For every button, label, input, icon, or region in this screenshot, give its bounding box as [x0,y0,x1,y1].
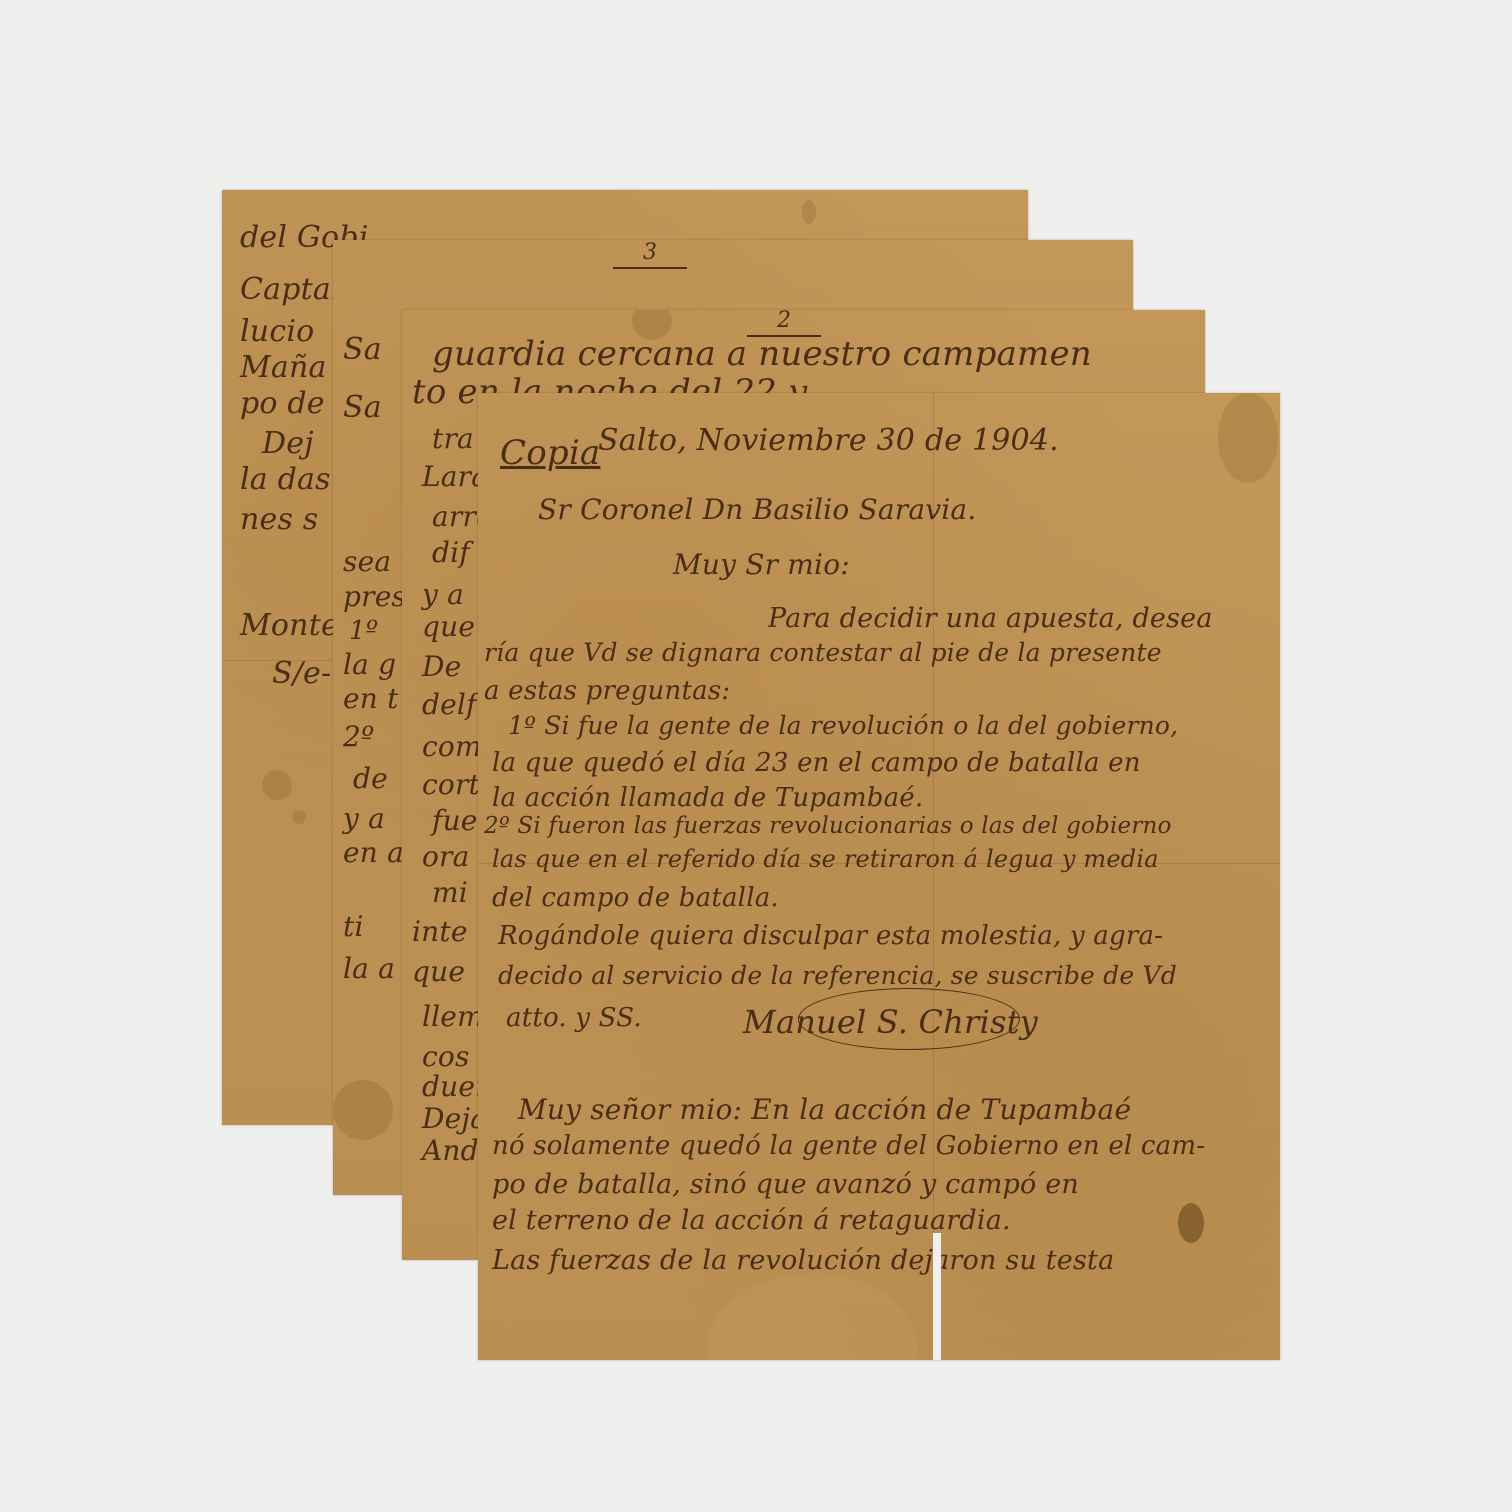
body-line: 1º Si fue la gente de la revolución o la… [508,711,1178,740]
handwritten-line: nes s [240,502,318,537]
reply-line: po de batalla, sinó que avanzó y campó e… [492,1169,1079,1200]
dateline: Salto, Noviembre 30 de 1904. [598,423,1059,458]
copy-label: Copia [500,433,600,473]
handwritten-line: que [422,610,475,643]
handwritten-line: la a [343,952,395,985]
body-line: Para decidir una apuesta, desea [768,603,1213,634]
body-line: la acción llamada de Tupambaé. [492,783,923,813]
handwritten-line: po de [240,386,325,421]
handwritten-line: Dej [262,426,314,461]
signature-flourish [798,988,1020,1050]
handwritten-line: y a [343,802,385,835]
stain [333,1080,393,1140]
reply-line: nó solamente quedó la gente del Gobierno… [492,1131,1205,1161]
page-number: 2 [747,310,821,337]
reply-line: Las fuerzas de la revolución dejaron su … [492,1245,1114,1276]
body-line: la que quedó el día 23 en el campo de ba… [492,748,1141,778]
body-line: ría que Vd se dignara contestar al pie d… [484,638,1162,667]
handwritten-line: Sa [343,332,382,367]
salutation: Muy Sr mio: [673,548,850,581]
stain [802,200,816,224]
handwritten-line: 1º [349,616,378,646]
stain [292,810,306,824]
handwritten-line: cos [422,1040,470,1073]
handwritten-line: dif [432,536,470,569]
handwritten-line: Sa [343,390,382,425]
handwritten-line: llem [422,1000,484,1033]
addressee: Sr Coronel Dn Basilio Saravia. [538,493,976,526]
closing: atto. y SS. [506,1003,642,1033]
body-line: del campo de batalla. [492,883,779,913]
handwritten-line: com [422,730,482,763]
stain [1178,1203,1204,1243]
handwritten-line: que [412,955,465,988]
handwritten-line: S/e- [272,656,331,691]
stain [1218,393,1278,483]
body-line: las que en el referido día se retiraron … [492,845,1159,873]
body-line: decido al servicio de la referencia, se … [498,961,1177,990]
handwritten-line: ora [422,840,470,873]
reply-line: Muy señor mio: En la acción de Tupambaé [518,1093,1131,1126]
reply-line: el terreno de la acción á retaguardia. [492,1205,1011,1236]
body-line: 2º Si fueron las fuerzas revolucionarias… [484,813,1172,839]
handwritten-line: Captai [240,272,341,307]
handwritten-line: delf [422,688,477,721]
handwritten-line: la g [343,648,396,681]
handwritten-line: tra [432,422,474,455]
handwritten-line: Maña [240,350,327,385]
page-number: 3 [613,240,687,269]
front-page-letter: Copia Salto, Noviembre 30 de 1904. Sr Co… [478,393,1280,1360]
handwritten-line: sea [343,545,391,578]
handwritten-line: fue [432,804,478,837]
body-line: a estas preguntas: [484,676,730,706]
handwritten-line: guardia cercana a nuestro campamen [432,334,1092,374]
handwritten-line: mi [432,876,468,909]
body-line: Rogándole quiera disculpar esta molestia… [498,921,1163,951]
handwritten-line: en t [343,682,399,715]
handwritten-line: De [422,650,461,683]
handwritten-line: inte [412,915,468,948]
handwritten-line: en a [343,836,404,869]
handwritten-line: la das [240,462,331,497]
handwritten-line: de [353,762,388,795]
handwritten-line: y a [422,578,464,611]
stain [708,1273,918,1360]
handwritten-line: cort [422,768,480,801]
handwritten-line: lucio [240,314,314,349]
handwritten-line: ti [343,910,364,943]
stain [262,770,292,800]
paper-tear [933,1233,941,1360]
handwritten-line: 2º [343,720,374,753]
